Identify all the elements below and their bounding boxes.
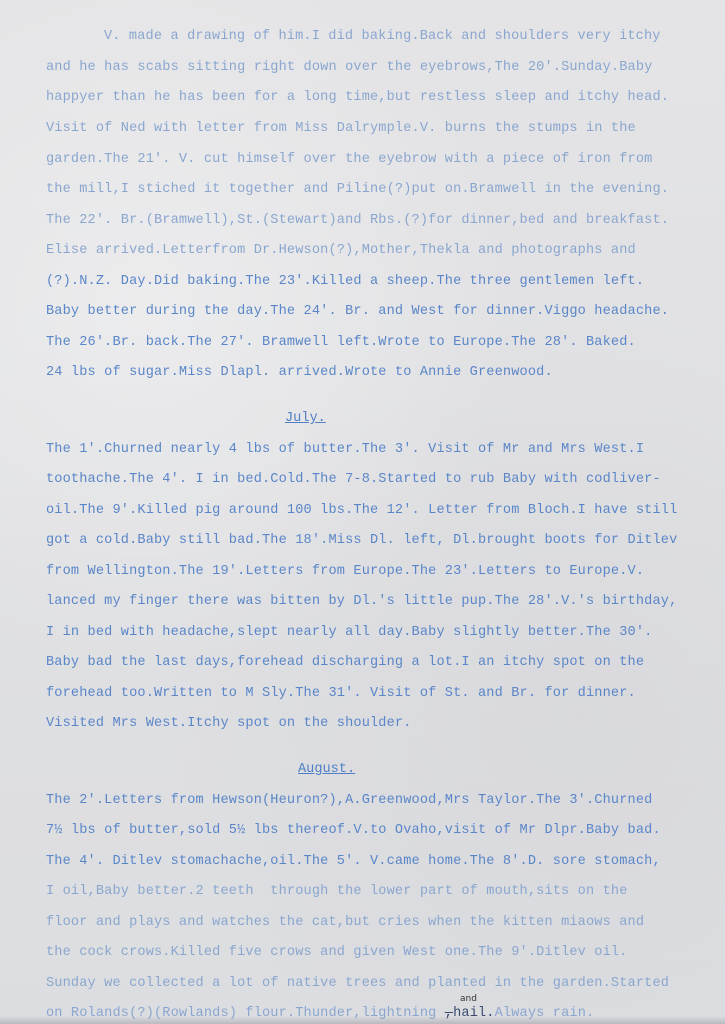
text-line: and he has scabs sitting right down over… [46,59,652,77]
text-line: floor and plays and watches the cat,but … [46,914,644,932]
text-line: The 4'. Ditlev stomachache,oil.The 5'. V… [46,853,661,871]
text-line: oil.The 9'.Killed pig around 100 lbs.The… [46,502,677,520]
text-line: toothache.The 4'. I in bed.Cold.The 7-8.… [46,471,661,489]
text-line: happyer than he has been for a long time… [46,89,669,107]
text-line: The 26'.Br. back.The 27'. Bramwell left.… [46,334,636,352]
text-line: lanced my finger there was bitten by Dl.… [46,593,677,611]
handwritten-insert: and [460,994,477,1004]
text-line: forehead too.Written to M Sly.The 31'. V… [46,685,636,703]
text-line: from Wellington.The 19'.Letters from Eur… [46,563,644,581]
text-line: the cock crows.Killed five crows and giv… [46,944,628,962]
text-line: I oil,Baby better.2 teeth through the lo… [46,883,628,901]
text-line: V. made a drawing of him.I did baking.Ba… [104,28,661,46]
text-line: The 22'. Br.(Bramwell),St.(Stewart)and R… [46,212,669,230]
text-line-last: on Rolands(?)(Rowlands) flour.Thunder,li… [46,1005,594,1023]
text-line: The 1'.Churned nearly 4 lbs of butter.Th… [46,441,644,459]
text-line: Elise arrived.Letterfrom Dr.Hewson(?),Mo… [46,242,636,260]
text-line: got a cold.Baby still bad.The 18'.Miss D… [46,532,677,550]
document-page: V. made a drawing of him.I did baking.Ba… [0,0,725,1024]
section-heading-august: August. [298,761,355,779]
text-line: Sunday we collected a lot of native tree… [46,975,669,993]
text-line: 7½ lbs of butter,sold 5½ lbs thereof.V.t… [46,822,661,840]
text-segment: on Rolands(?)(Rowlands) flour.Thunder,li… [46,1006,445,1021]
text-line: Baby bad the last days,forehead discharg… [46,654,644,672]
text-line: garden.The 21'. V. cut himself over the … [46,151,652,169]
text-segment: Always rain. [495,1006,595,1021]
text-line: The 2'.Letters from Hewson(Heuron?),A.Gr… [46,792,652,810]
ink-correction: hail. [453,1006,495,1021]
text-line: the mill,I stiched it together and Pilin… [46,181,669,199]
text-line: 24 lbs of sugar.Miss Dlapl. arrived.Wrot… [46,364,553,382]
section-heading-july: July. [285,410,326,428]
struck-comma: , [445,1006,453,1021]
text-line: (?).N.Z. Day.Did baking.The 23'.Killed a… [46,273,644,291]
text-line: Visit of Ned with letter from Miss Dalry… [46,120,636,138]
text-line: Visited Mrs West.Itchy spot on the shoul… [46,715,412,733]
text-line: I in bed with headache,slept nearly all … [46,624,652,642]
text-line: Baby better during the day.The 24'. Br. … [46,303,669,321]
